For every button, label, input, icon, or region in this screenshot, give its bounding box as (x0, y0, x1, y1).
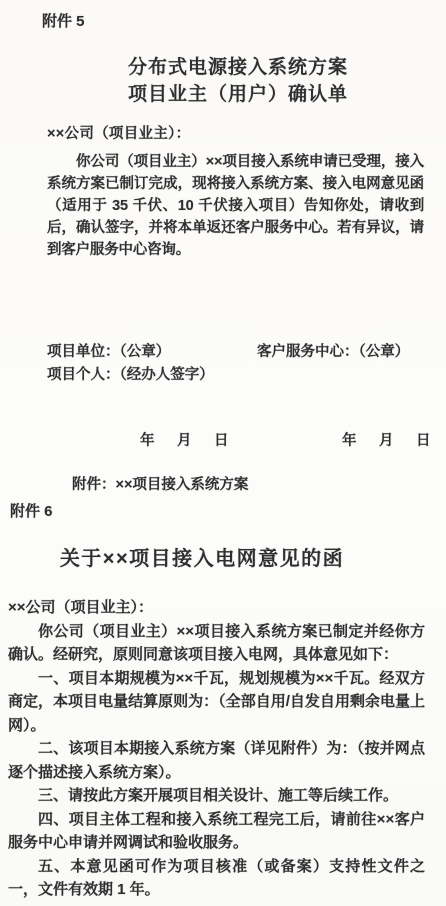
attachment6-paragraph-5: 四、项目主体工程和接入系统工程完工后，请前往××客户服务中心申请并网调试和验收服… (8, 808, 425, 855)
attachment6-paragraph-6: 五、本意见函可作为项目核准（或备案）支持性文件之一，文件有效期 1 年。 (8, 855, 425, 902)
attachment5-label: 附件 5 (42, 10, 85, 31)
date-line-left: 年 月 日 (140, 429, 233, 450)
attachment6-paragraph-2: 一、项目本期规模为××千瓦，规划规模为××千瓦。经双方商定，本项目电量结算原则为… (8, 667, 425, 738)
scanned-document-page: 附件 5 分布式电源接入系统方案 项目业主（用户）确认单 ××公司（项目业主）：… (0, 0, 446, 906)
signature-customer-service-center: 客户服务中心：（公章） (257, 340, 409, 361)
attachment6-paragraph-4: 三、请按此方案开展项目相关设计、施工等后续工作。 (8, 784, 425, 808)
date-line-right: 年 月 日 (342, 429, 435, 450)
attachment6-paragraph-1: 你公司（项目业主）××项目接入系统方案已制定并经你方确认。经研究，原则同意该项目… (8, 620, 425, 667)
attachment-note: 附件：××项目接入系统方案 (72, 473, 248, 494)
attachment5-salutation: ××公司（项目业主）： (47, 122, 191, 143)
attachment6-salutation: ××公司（项目业主）： (8, 596, 425, 620)
attachment6-body: ××公司（项目业主）： 你公司（项目业主）××项目接入系统方案已制定并经你方确认… (8, 596, 425, 902)
signature-project-person: 项目个人：（经办人签字） (47, 363, 214, 384)
attachment5-title-line2: 项目业主（用户）确认单 (30, 81, 446, 108)
attachment6-paragraph-3: 二、该项目本期接入系统方案（详见附件）为：（按并网点逐个描述接入系统方案）。 (8, 737, 425, 784)
attachment5-title-line1: 分布式电源接入系统方案 (30, 54, 446, 81)
attachment6-label: 附件 6 (10, 500, 53, 521)
attachment6-title: 关于××项目接入电网意见的函 (0, 542, 404, 571)
attachment5-title: 分布式电源接入系统方案 项目业主（用户）确认单 (30, 54, 446, 108)
attachment5-body-paragraph: 你公司（项目业主）××项目接入系统申请已受理，接入系统方案已制订完成，现将接入系… (47, 151, 424, 261)
signature-project-unit: 项目单位：（公章） (47, 340, 170, 361)
